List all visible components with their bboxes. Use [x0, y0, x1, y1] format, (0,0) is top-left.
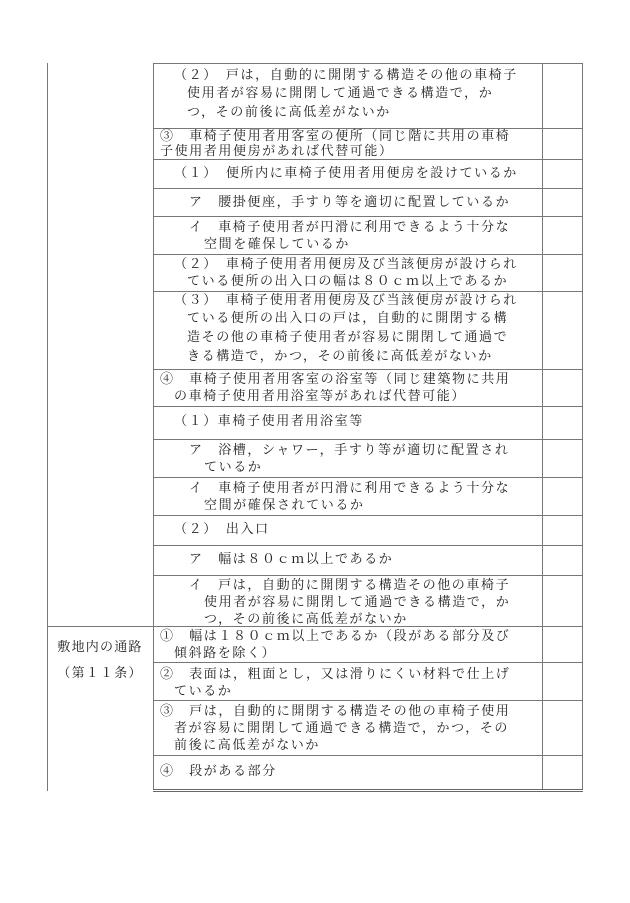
item-text-cell: ④ 段がある部分: [153, 756, 543, 789]
item-text-cell: イ 戸は，自動的に開閉する構造その他の車椅子 使用者が容易に開閉して通過できる構…: [153, 576, 543, 626]
table-row: イ 車椅子使用者が円滑に利用できるよう十分な 空間が確保されているか: [153, 477, 583, 515]
item-line: （３） 車椅子使用者用便房及び当該便房が設けられ: [174, 292, 518, 309]
item-line: ② 表面は，粗面とし，又は滑りにくい材料で仕上げ: [160, 666, 510, 683]
table-row: （１） 便所内に車椅子使用者用便房を設けているか: [153, 159, 583, 188]
item-text-cell: （３） 車椅子使用者用便房及び当該便房が設けられ ている便所の出入口の戸は，自動…: [153, 292, 543, 369]
item-line: ア 浴槽，シャワー，手すり等が適切に配置され: [189, 442, 509, 459]
item-line: 者が容易に開閉して通過できる構造で，かつ，その: [174, 720, 509, 737]
item-line: ているか: [174, 683, 232, 700]
table-row: （２） 出入口: [153, 515, 583, 545]
check-cell[interactable]: [543, 576, 583, 626]
item-line: ③ 戸は，自動的に開閉する構造その他の車椅子使用: [160, 703, 510, 720]
check-cell[interactable]: [543, 292, 583, 369]
item-line: 使用者が容易に開閉して通過できる構造で，か: [204, 594, 510, 611]
item-line: ④ 段がある部分: [160, 763, 277, 780]
check-cell[interactable]: [543, 129, 583, 159]
check-cell[interactable]: [543, 217, 583, 254]
table-bottom-border: [153, 789, 583, 792]
item-text-cell: ア 幅は８０ｃｍ以上であるか: [153, 546, 543, 575]
item-line: （１） 便所内に車椅子使用者用便房を設けているか: [174, 165, 518, 182]
table-row: （３） 車椅子使用者用便房及び当該便房が設けられ ている便所の出入口の戸は，自動…: [153, 291, 583, 369]
item-line: 空間を確保しているか: [204, 236, 350, 253]
check-cell[interactable]: [543, 516, 583, 545]
item-text-cell: （２） 出入口: [153, 516, 543, 545]
check-cell[interactable]: [543, 370, 583, 406]
item-line: つ，その前後に高低差がないか: [187, 104, 391, 121]
check-cell[interactable]: [543, 64, 583, 128]
table-row: ア 浴槽，シャワー，手すり等が適切に配置され ているか: [153, 439, 583, 477]
item-line: の車椅子使用者用浴室等があれば代替可能）: [174, 388, 466, 405]
check-cell[interactable]: [543, 255, 583, 291]
item-line: （２） 車椅子使用者用便房及び当該便房が設けられ: [174, 256, 518, 273]
table-row: ③ 車椅子使用者用客室の便所（同じ階に共用の車椅 子使用者用便房があれば代替可能…: [153, 128, 583, 159]
item-line: （２） 出入口: [174, 521, 270, 538]
item-text-cell: ④ 車椅子使用者用客室の浴室等（同じ建築物に共用 の車椅子使用者用浴室等があれば…: [153, 370, 543, 406]
item-line: きる構造で，かつ，その前後に高低差がないか: [187, 348, 493, 365]
check-cell[interactable]: [543, 478, 583, 515]
table-row: （２） 戸は，自動的に開閉する構造その他の車椅子 使用者が容易に開閉して通過でき…: [153, 63, 583, 128]
table-row: イ 車椅子使用者が円滑に利用できるよう十分な 空間を確保しているか: [153, 216, 583, 254]
section-article: （第１１条）: [47, 662, 153, 681]
check-cell[interactable]: [543, 756, 583, 789]
check-cell[interactable]: [543, 407, 583, 439]
table-row: ④ 段がある部分: [153, 755, 583, 789]
item-text-cell: ② 表面は，粗面とし，又は滑りにくい材料で仕上げ ているか: [153, 663, 543, 700]
check-cell[interactable]: [543, 627, 583, 662]
item-text-cell: ③ 戸は，自動的に開閉する構造その他の車椅子使用 者が容易に開閉して通過できる構…: [153, 701, 543, 755]
check-cell[interactable]: [543, 440, 583, 477]
table-row: イ 戸は，自動的に開閉する構造その他の車椅子 使用者が容易に開閉して通過できる構…: [153, 575, 583, 626]
table-row: （２） 車椅子使用者用便房及び当該便房が設けられ ている便所の出入口の幅は８０ｃ…: [153, 254, 583, 291]
check-cell[interactable]: [543, 701, 583, 755]
item-line: 造その他の車椅子使用者が容易に開閉して通過で: [187, 329, 508, 346]
table-row: ア 幅は８０ｃｍ以上であるか: [153, 545, 583, 575]
item-line: イ 車椅子使用者が円滑に利用できるよう十分な: [189, 480, 510, 497]
item-text-cell: （２） 車椅子使用者用便房及び当該便房が設けられ ている便所の出入口の幅は８０ｃ…: [153, 255, 543, 291]
table-row: （１）車椅子使用者用浴室等: [153, 406, 583, 439]
item-line: （２） 戸は，自動的に開閉する構造その他の車椅子: [174, 67, 518, 84]
table-row: ア 腰掛便座，手すり等を適切に配置しているか: [153, 188, 583, 216]
check-cell[interactable]: [543, 663, 583, 700]
item-line: ているか: [204, 459, 262, 476]
check-cell[interactable]: [543, 160, 583, 188]
item-line: 空間が確保されているか: [204, 497, 365, 514]
item-text-cell: ア 浴槽，シャワー，手すり等が適切に配置され ているか: [153, 440, 543, 477]
item-text-cell: （２） 戸は，自動的に開閉する構造その他の車椅子 使用者が容易に開閉して通過でき…: [153, 64, 543, 128]
item-line: ている便所の出入口の幅は８０ｃｍ以上であるか: [187, 273, 508, 290]
table-row: ③ 戸は，自動的に開閉する構造その他の車椅子使用 者が容易に開閉して通過できる構…: [153, 700, 583, 755]
check-cell[interactable]: [543, 189, 583, 216]
item-line: （１）車椅子使用者用浴室等: [174, 413, 364, 430]
item-line: ④ 車椅子使用者用客室の浴室等（同じ建築物に共用: [160, 371, 510, 388]
item-text-cell: ア 腰掛便座，手すり等を適切に配置しているか: [153, 189, 543, 216]
section-title: 敷地内の通路: [47, 636, 153, 655]
item-line: イ 車椅子使用者が円滑に利用できるよう十分な: [189, 219, 510, 236]
table-row: ④ 車椅子使用者用客室の浴室等（同じ建築物に共用 の車椅子使用者用浴室等があれば…: [153, 369, 583, 406]
item-text-cell: ① 幅は１８０ｃｍ以上であるか（段がある部分及び 傾斜路を除く）: [153, 627, 543, 662]
item-line: ア 幅は８０ｃｍ以上であるか: [189, 551, 393, 568]
item-line: ている便所の出入口の戸は，自動的に開閉する構: [187, 310, 508, 327]
item-text-cell: ③ 車椅子使用者用客室の便所（同じ階に共用の車椅 子使用者用便房があれば代替可能…: [153, 129, 543, 159]
item-line: 使用者が容易に開閉して通過できる構造で，か: [187, 85, 493, 102]
item-text-cell: （１）車椅子使用者用浴室等: [153, 407, 543, 439]
item-line: 子使用者用便房があれば代替可能）: [160, 143, 394, 160]
item-line: 傾斜路を除く）: [174, 645, 276, 662]
check-cell[interactable]: [543, 546, 583, 575]
item-line: ア 腰掛便座，手すり等を適切に配置しているか: [189, 194, 510, 211]
item-line: 前後に高低差がないか: [174, 737, 320, 754]
table-row: ① 幅は１８０ｃｍ以上であるか（段がある部分及び 傾斜路を除く）: [153, 626, 583, 662]
item-text-cell: イ 車椅子使用者が円滑に利用できるよう十分な 空間を確保しているか: [153, 217, 543, 254]
item-line: イ 戸は，自動的に開閉する構造その他の車椅子: [189, 577, 510, 594]
item-text-cell: （１） 便所内に車椅子使用者用便房を設けているか: [153, 160, 543, 188]
section-cell-site-passage: 敷地内の通路 （第１１条）: [47, 626, 153, 790]
table-row: ② 表面は，粗面とし，又は滑りにくい材料で仕上げ ているか: [153, 662, 583, 700]
item-line: ① 幅は１８０ｃｍ以上であるか（段がある部分及び: [160, 628, 510, 645]
item-text-cell: イ 車椅子使用者が円滑に利用できるよう十分な 空間が確保されているか: [153, 478, 543, 515]
